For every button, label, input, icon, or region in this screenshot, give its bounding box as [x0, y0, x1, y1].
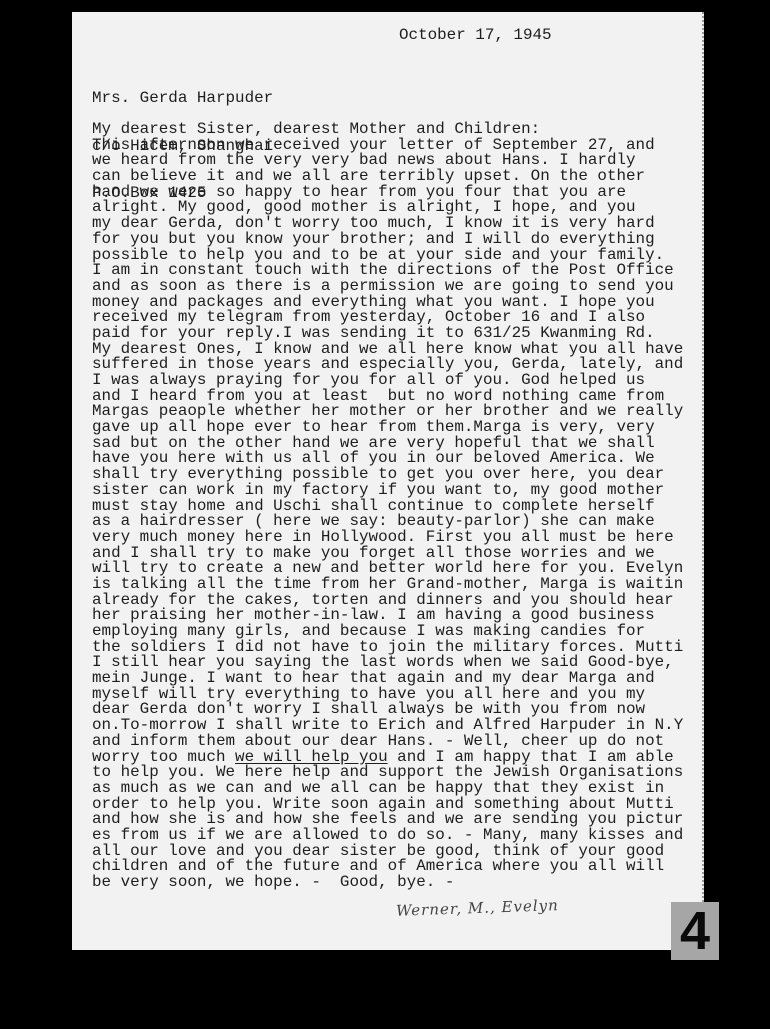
- page-number-badge: 4: [671, 902, 719, 960]
- address-line: Mrs. Gerda Harpuder: [92, 91, 273, 107]
- letter-line: be very soon, we hope. - Good, bye. -: [92, 875, 683, 891]
- letter-body: My dearest Sister, dearest Mother and Ch…: [92, 122, 683, 891]
- page-number: 4: [680, 904, 710, 958]
- handwritten-signature: Werner, M., Evelyn: [396, 896, 559, 920]
- letter-date: October 17, 1945: [399, 28, 552, 44]
- letter-page: October 17, 1945 Mrs. Gerda Harpuder c/o…: [72, 12, 704, 950]
